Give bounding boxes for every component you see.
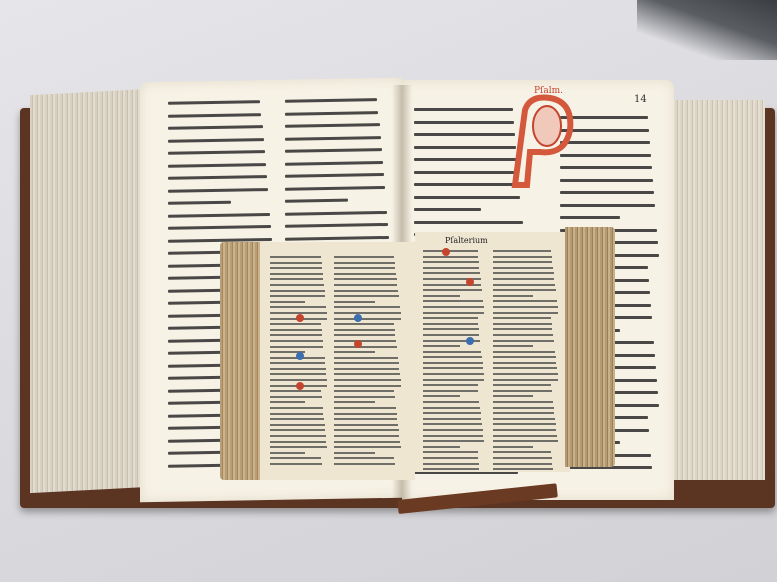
text-line xyxy=(285,148,382,153)
text-line xyxy=(285,199,348,203)
text-line xyxy=(334,379,401,381)
text-line xyxy=(414,171,518,174)
text-line xyxy=(334,407,396,409)
text-line xyxy=(560,204,655,207)
text-line xyxy=(423,295,460,297)
text-line xyxy=(270,446,327,448)
text-line xyxy=(334,284,397,286)
text-line xyxy=(285,186,385,191)
text-line xyxy=(493,334,553,336)
text-line xyxy=(423,407,480,409)
blue-rubric-mark-icon xyxy=(466,337,474,345)
red-rubric-mark-icon xyxy=(466,278,474,286)
text-line xyxy=(270,301,305,303)
text-line xyxy=(423,300,483,302)
text-line xyxy=(270,362,325,364)
text-line xyxy=(334,346,397,348)
text-line xyxy=(423,440,484,442)
text-line xyxy=(334,413,397,415)
text-line xyxy=(270,424,325,426)
text-line xyxy=(493,440,558,442)
text-line xyxy=(423,306,484,308)
text-line xyxy=(493,272,554,274)
text-line xyxy=(334,301,375,303)
text-line xyxy=(493,429,556,431)
text-line xyxy=(334,401,375,403)
text-line xyxy=(423,390,478,392)
text-line xyxy=(560,216,620,219)
text-line xyxy=(423,261,479,263)
text-line xyxy=(168,125,263,130)
text-line xyxy=(493,312,558,314)
text-line xyxy=(334,278,397,280)
text-line xyxy=(423,379,484,381)
small-book-right-page: Pſalterium xyxy=(415,232,570,472)
folio-number: 14 xyxy=(634,94,647,105)
text-line xyxy=(270,290,325,292)
text-line xyxy=(414,133,515,136)
text-line xyxy=(423,267,479,269)
text-line xyxy=(334,295,399,297)
text-line xyxy=(423,384,478,386)
text-line xyxy=(285,123,380,128)
small-right-column-1 xyxy=(423,250,485,474)
text-line xyxy=(334,463,395,465)
text-line xyxy=(423,468,479,470)
small-left-column-2 xyxy=(334,256,402,469)
text-line xyxy=(493,295,533,297)
text-line xyxy=(270,379,327,381)
red-rubric-mark-icon xyxy=(296,382,304,390)
text-line xyxy=(334,306,400,308)
text-line xyxy=(493,267,553,269)
text-line xyxy=(423,429,483,431)
text-line xyxy=(493,468,553,470)
text-line xyxy=(414,121,514,124)
text-line xyxy=(285,98,377,103)
text-line xyxy=(334,424,398,426)
text-line xyxy=(414,196,520,199)
text-line xyxy=(334,329,395,331)
text-line xyxy=(493,328,552,330)
text-line xyxy=(493,423,556,425)
text-line xyxy=(285,210,387,215)
text-line xyxy=(493,407,554,409)
text-line xyxy=(270,340,323,342)
text-line xyxy=(423,351,481,353)
text-line xyxy=(270,441,326,443)
text-line xyxy=(168,163,266,168)
text-line xyxy=(493,463,552,465)
text-line xyxy=(493,306,558,308)
text-line xyxy=(168,201,231,205)
text-line xyxy=(334,373,400,375)
text-line xyxy=(334,256,394,258)
text-line xyxy=(168,175,267,180)
text-line xyxy=(168,138,264,143)
text-line xyxy=(493,418,555,420)
blue-rubric-mark-icon xyxy=(296,352,304,360)
text-line xyxy=(270,429,325,431)
text-line xyxy=(493,250,551,252)
text-line xyxy=(270,401,305,403)
text-line xyxy=(270,413,323,415)
text-line xyxy=(334,452,375,454)
text-line xyxy=(334,396,395,398)
text-line xyxy=(334,290,398,292)
text-line xyxy=(423,412,481,414)
text-line xyxy=(168,213,270,218)
text-line xyxy=(270,457,321,459)
text-line xyxy=(493,435,557,437)
page-edges-right xyxy=(670,100,765,480)
text-line xyxy=(423,373,484,375)
text-line xyxy=(493,451,551,453)
text-line xyxy=(270,329,322,331)
text-line xyxy=(285,161,383,166)
text-line xyxy=(270,435,326,437)
text-line xyxy=(334,334,395,336)
text-line xyxy=(414,108,513,111)
text-line xyxy=(334,362,399,364)
small-book-edge-left xyxy=(220,242,262,480)
small-book-edge-right xyxy=(565,227,615,467)
text-line xyxy=(493,356,556,358)
text-line xyxy=(414,183,519,186)
text-line xyxy=(423,328,479,330)
text-line xyxy=(493,278,554,280)
text-line xyxy=(334,323,394,325)
small-open-psalter: Pſalterium xyxy=(220,222,620,484)
text-line xyxy=(334,273,396,275)
text-line xyxy=(493,362,556,364)
text-line xyxy=(270,267,322,269)
dark-corner-object xyxy=(637,0,777,60)
text-line xyxy=(168,100,260,105)
text-line xyxy=(423,457,478,459)
text-line xyxy=(493,412,554,414)
text-line xyxy=(270,256,321,258)
text-line xyxy=(168,150,265,155)
text-line xyxy=(493,446,533,448)
text-line xyxy=(270,295,325,297)
small-book-heading: Pſalterium xyxy=(445,236,488,245)
text-line xyxy=(270,407,323,409)
text-line xyxy=(334,351,375,353)
text-line xyxy=(334,318,401,320)
text-line xyxy=(423,418,481,420)
text-line xyxy=(270,463,322,465)
text-line xyxy=(334,429,399,431)
text-line xyxy=(423,423,482,425)
text-line xyxy=(334,267,395,269)
text-line xyxy=(493,390,552,392)
text-line xyxy=(270,273,323,275)
text-line xyxy=(414,158,517,161)
text-line xyxy=(423,345,460,347)
text-line xyxy=(270,323,321,325)
text-line xyxy=(493,457,552,459)
text-line xyxy=(334,435,399,437)
text-line xyxy=(270,418,324,420)
text-line xyxy=(334,385,401,387)
text-line xyxy=(270,368,326,370)
text-line xyxy=(423,356,482,358)
text-line xyxy=(423,451,478,453)
text-line xyxy=(270,346,323,348)
small-right-column-2 xyxy=(493,250,559,474)
text-line xyxy=(493,379,558,381)
text-line xyxy=(493,401,553,403)
text-line xyxy=(423,463,479,465)
text-line xyxy=(270,278,323,280)
text-line xyxy=(334,368,399,370)
text-line xyxy=(493,261,552,263)
red-rubric-mark-icon xyxy=(354,340,362,348)
text-line xyxy=(334,390,394,392)
text-line xyxy=(493,373,558,375)
red-rubric-mark-icon xyxy=(296,314,304,322)
text-line xyxy=(423,362,483,364)
text-line xyxy=(493,345,533,347)
text-line xyxy=(270,262,322,264)
text-line xyxy=(423,312,484,314)
text-line xyxy=(414,146,516,149)
text-line xyxy=(334,446,401,448)
text-line xyxy=(285,111,378,116)
text-line xyxy=(334,418,397,420)
small-book-left-page xyxy=(260,242,415,480)
text-line xyxy=(423,250,478,252)
text-line xyxy=(270,390,321,392)
illuminated-initial-p-icon xyxy=(505,90,575,190)
text-line xyxy=(493,384,551,386)
text-line xyxy=(423,446,460,448)
text-line xyxy=(334,457,394,459)
text-line xyxy=(493,351,555,353)
text-line xyxy=(493,395,533,397)
text-line xyxy=(285,173,384,178)
text-line xyxy=(270,452,305,454)
text-line xyxy=(493,340,554,342)
text-line xyxy=(423,401,479,403)
text-line xyxy=(168,113,261,118)
text-line xyxy=(423,334,479,336)
text-line xyxy=(423,395,460,397)
text-line xyxy=(493,323,552,325)
text-line xyxy=(423,323,478,325)
text-line xyxy=(270,373,326,375)
text-line xyxy=(270,306,326,308)
text-line xyxy=(168,188,268,193)
text-line xyxy=(270,334,322,336)
text-line xyxy=(334,357,398,359)
text-line xyxy=(285,136,381,141)
page-edges-left xyxy=(30,89,150,493)
small-left-column-1 xyxy=(270,256,328,469)
text-line xyxy=(493,284,555,286)
text-line xyxy=(334,441,400,443)
text-line xyxy=(334,312,401,314)
text-line xyxy=(423,256,478,258)
text-line xyxy=(493,289,556,291)
text-line xyxy=(423,317,478,319)
text-line xyxy=(423,289,482,291)
text-line xyxy=(493,367,557,369)
text-line xyxy=(423,367,483,369)
text-line xyxy=(414,208,481,211)
blue-rubric-mark-icon xyxy=(354,314,362,322)
text-line xyxy=(334,340,396,342)
text-line xyxy=(334,262,395,264)
text-line xyxy=(493,317,551,319)
text-line xyxy=(493,300,557,302)
text-line xyxy=(423,435,483,437)
red-rubric-mark-icon xyxy=(442,248,450,256)
text-line xyxy=(560,191,654,194)
text-line xyxy=(270,284,324,286)
text-line xyxy=(270,396,322,398)
text-line xyxy=(493,256,552,258)
text-line xyxy=(423,272,480,274)
